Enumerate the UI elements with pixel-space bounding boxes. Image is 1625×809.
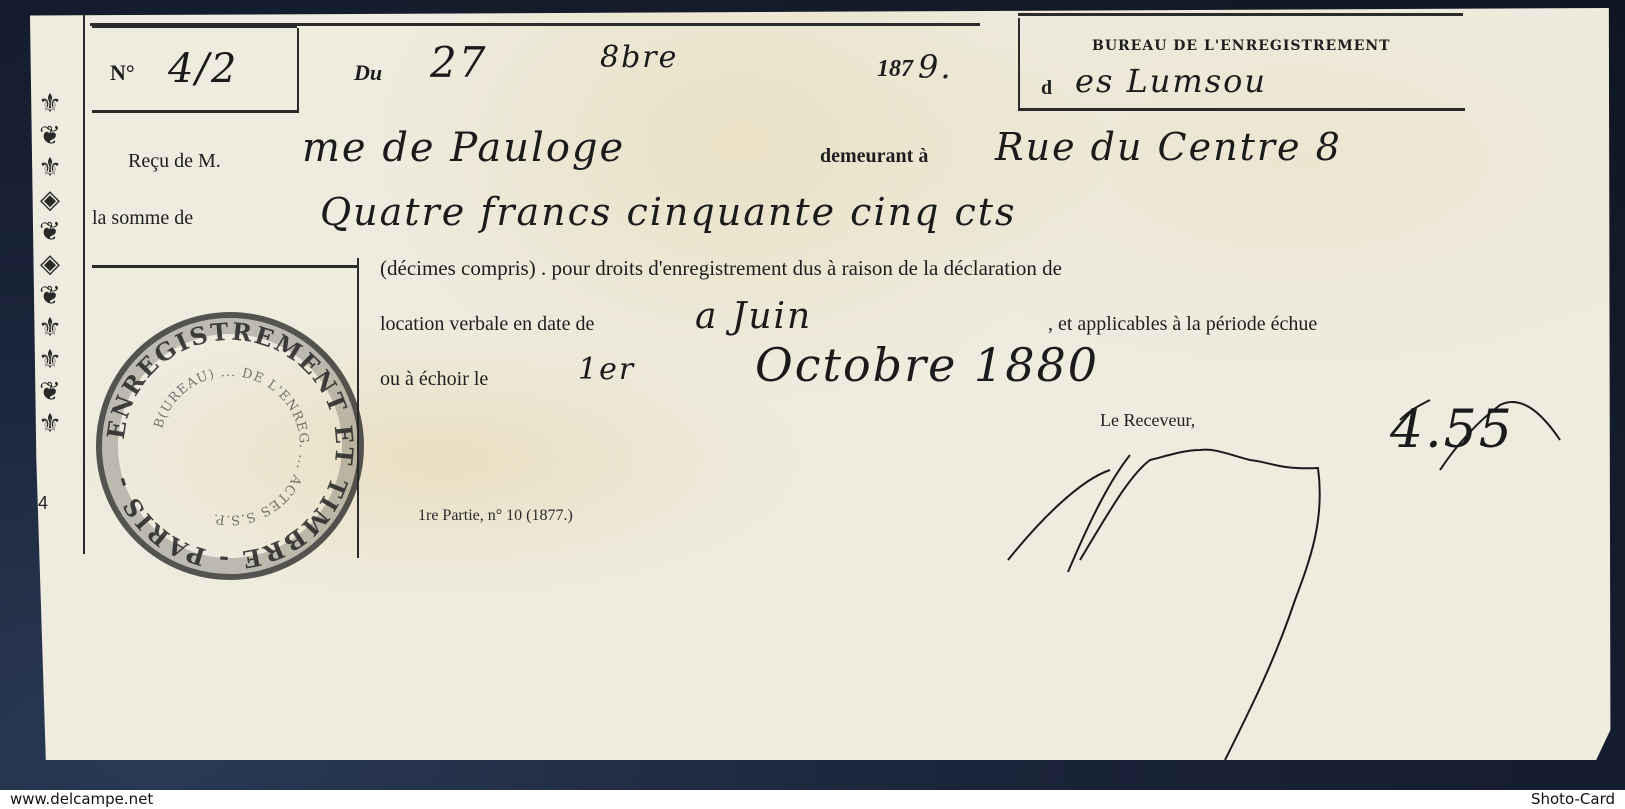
form-reference: 1re Partie, n° 10 (1877.) — [418, 507, 573, 525]
svg-text:ENREGISTREMENT ET TIMBRE - PAR: ENREGISTREMENT ET TIMBRE - PARIS - — [93, 308, 368, 584]
registration-stamp: ENREGISTREMENT ET TIMBRE - PARIS - B(URE… — [87, 303, 373, 589]
watermark-left[interactable]: www.delcampe.net — [10, 790, 153, 808]
watermark-right: Shoto-Card — [1531, 790, 1615, 808]
svg-text:B(UREAU) ... DE L'ENREG. ... A: B(UREAU) ... DE L'ENREG. ... ACTES S.S.P… — [148, 359, 317, 532]
